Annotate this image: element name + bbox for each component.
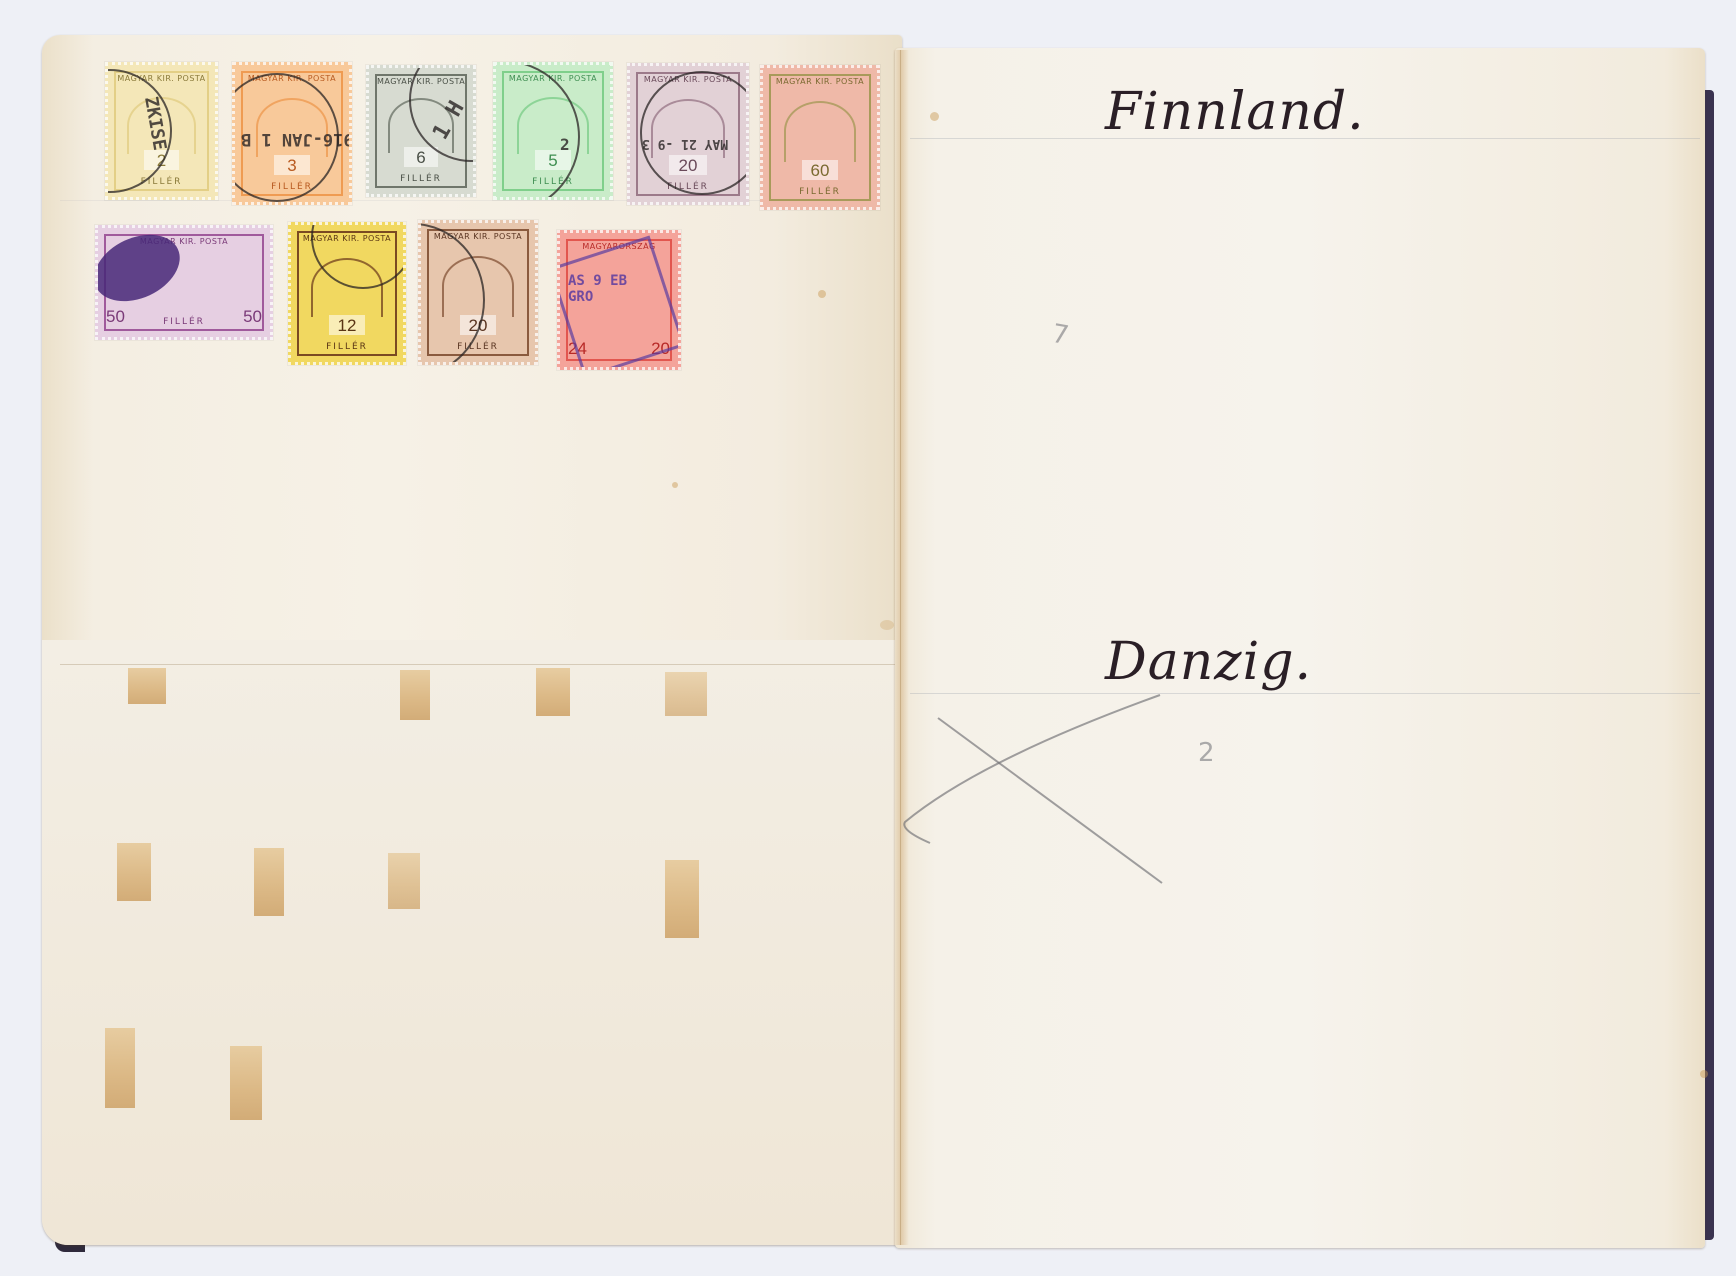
pencil-x-mark — [0, 0, 1736, 1276]
